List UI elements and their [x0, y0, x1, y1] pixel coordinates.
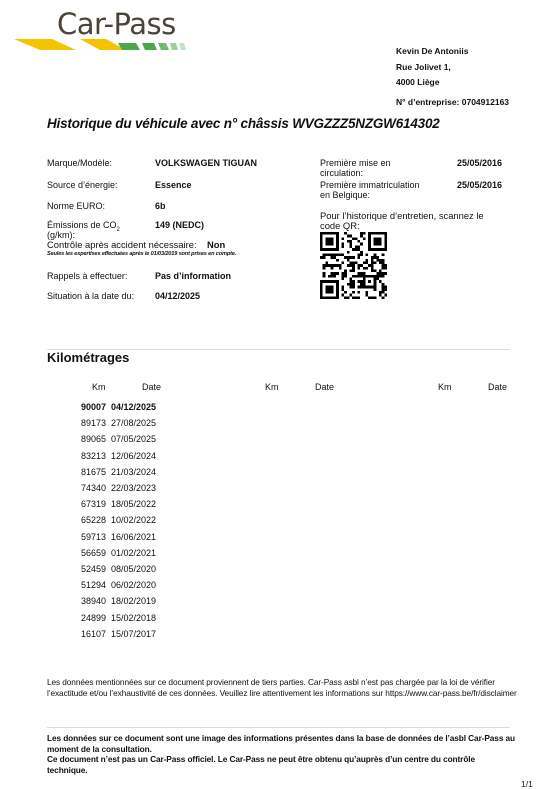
euro-norm-value: 6b — [155, 201, 166, 211]
km-value: 59713 — [66, 532, 106, 542]
table-row: 5129406/02/2020 — [66, 580, 186, 590]
table-row: 6522810/02/2022 — [66, 515, 186, 525]
date-value: 12/06/2024 — [111, 451, 156, 461]
date-value: 16/06/2021 — [111, 532, 156, 542]
km-value: 56659 — [66, 548, 106, 558]
recalls-label: Rappels à effectuer: — [47, 271, 127, 281]
euro-norm-label: Norme EURO: — [47, 201, 105, 211]
col-date-3: Date — [488, 382, 507, 392]
table-row: 8906507/05/2025 — [66, 434, 186, 444]
table-row: 8167521/03/2024 — [66, 467, 186, 477]
table-row: 2489915/02/2018 — [66, 613, 186, 623]
co2-label-sub: 2 — [117, 227, 120, 233]
co2-label-main: Émissions de CO — [47, 220, 117, 230]
date-value: 04/12/2025 — [111, 402, 156, 412]
date-value: 07/05/2025 — [111, 434, 156, 444]
page-title: Historique du véhicule avec n° châssis W… — [47, 116, 440, 131]
co2-value: 149 (NEDC) — [155, 220, 204, 230]
table-row: 8917327/08/2025 — [66, 418, 186, 428]
situation-date-value: 04/12/2025 — [155, 291, 200, 301]
table-row: 6731918/05/2022 — [66, 499, 186, 509]
col-date-1: Date — [142, 382, 161, 392]
km-value: 52459 — [66, 564, 106, 574]
table-row: 1610715/07/2017 — [66, 629, 186, 639]
date-value: 08/05/2020 — [111, 564, 156, 574]
km-value: 81675 — [66, 467, 106, 477]
col-km-1: Km — [92, 382, 106, 392]
date-value: 21/03/2024 — [111, 467, 156, 477]
first-registration-be-value: 25/05/2016 — [457, 180, 502, 190]
footer-line-2: Ce document n’est pas un Car-Pass offici… — [47, 754, 517, 775]
recipient-city: 4000 Liège — [396, 77, 439, 87]
car-pass-logo-text: Car-Pass — [57, 7, 176, 41]
accident-check-value: Non — [207, 240, 225, 250]
footer-note: Les données sur ce document sont une ima… — [47, 733, 517, 775]
first-registration-label-1: Première mise en — [320, 158, 391, 168]
situation-date-label: Situation à la date du: — [47, 291, 134, 301]
qr-code-icon[interactable] — [320, 232, 387, 299]
col-km-2: Km — [265, 382, 279, 392]
recipient-street: Rue Jolivet 1, — [396, 62, 451, 72]
company-number: N° d’entreprise: 0704912163 — [396, 97, 509, 107]
first-registration-be-label-1: Première immatriculation — [320, 180, 420, 190]
first-registration-label-2: circulation: — [320, 168, 363, 178]
footer-line-1: Les données sur ce document sont une ima… — [47, 733, 517, 754]
km-value: 16107 — [66, 629, 106, 639]
car-pass-logo-stripes-icon — [14, 39, 190, 55]
recalls-value: Pas d’information — [155, 271, 231, 281]
brand-model-label: Marque/Modèle: — [47, 158, 112, 168]
table-row: 5245908/05/2020 — [66, 564, 186, 574]
date-value: 06/02/2020 — [111, 580, 156, 590]
accident-check-label: Contrôle après accident nécessaire: — [47, 240, 197, 250]
date-value: 10/02/2022 — [111, 515, 156, 525]
km-value: 89173 — [66, 418, 106, 428]
km-value: 83213 — [66, 451, 106, 461]
km-value: 67319 — [66, 499, 106, 509]
table-row: 5665901/02/2021 — [66, 548, 186, 558]
accident-note: Seules les expertises effectuées après l… — [47, 251, 236, 258]
col-km-3: Km — [438, 382, 452, 392]
date-value: 18/05/2022 — [111, 499, 156, 509]
energy-label: Source d’énergie: — [47, 180, 118, 190]
date-value: 15/07/2017 — [111, 629, 156, 639]
km-value: 38940 — [66, 596, 106, 606]
km-value: 51294 — [66, 580, 106, 590]
page-number: 1/1 — [521, 779, 533, 789]
table-row: 3894018/02/2019 — [66, 596, 186, 606]
table-row: 7434022/03/2023 — [66, 483, 186, 493]
date-value: 27/08/2025 — [111, 418, 156, 428]
km-value: 89065 — [66, 434, 106, 444]
first-registration-be-label-2: en Belgique: — [320, 190, 370, 200]
footer-divider — [47, 727, 510, 728]
km-value: 24899 — [66, 613, 106, 623]
date-value: 22/03/2023 — [111, 483, 156, 493]
qr-instruction-2: code QR: — [320, 221, 360, 231]
km-value: 74340 — [66, 483, 106, 493]
first-registration-value: 25/05/2016 — [457, 158, 502, 168]
date-value: 01/02/2021 — [111, 548, 156, 558]
km-value: 90007 — [66, 402, 106, 412]
brand-model-value: VOLKSWAGEN TIGUAN — [155, 158, 257, 168]
disclaimer-text: Les données mentionnées sur ce document … — [47, 677, 517, 698]
km-value: 65228 — [66, 515, 106, 525]
date-value: 15/02/2018 — [111, 613, 156, 623]
date-value: 18/02/2019 — [111, 596, 156, 606]
mileage-section-title: Kilométrages — [47, 350, 129, 365]
table-row: 9000704/12/2025 — [66, 402, 186, 412]
energy-value: Essence — [155, 180, 192, 190]
table-row: 8321312/06/2024 — [66, 451, 186, 461]
table-row: 5971316/06/2021 — [66, 532, 186, 542]
recipient-name: Kevin De Antoniis — [396, 46, 468, 56]
col-date-2: Date — [315, 382, 334, 392]
